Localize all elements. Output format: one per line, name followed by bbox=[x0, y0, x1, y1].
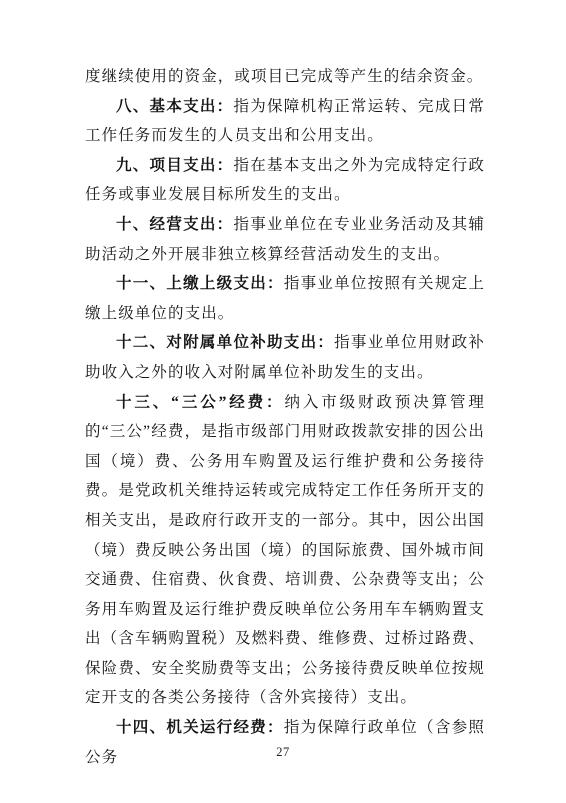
paragraph-heading: 十、经营支出： bbox=[116, 216, 233, 233]
document-page: 度继续使用的资金，或项目已完成等产生的结余资金。 八、基本支出：指为保障机构正常… bbox=[0, 0, 566, 803]
paragraph: 十三、“三公”经费：纳入市级财政预决算管理的“三公”经费，是指市级部门用财政拨款… bbox=[85, 388, 485, 714]
paragraph-heading: 十四、机关运行经费： bbox=[116, 719, 284, 736]
paragraph-heading: 十二、对附属单位补助支出： bbox=[116, 334, 334, 351]
paragraph: 十四、机关运行经费：指为保障行政单位（含参照公务 bbox=[85, 713, 485, 772]
paragraph: 十一、上缴上级支出：指事业单位按照有关规定上缴上级单位的支出。 bbox=[85, 269, 485, 328]
page-number: 27 bbox=[0, 745, 566, 760]
paragraph: 八、基本支出：指为保障机构正常运转、完成日常工作任务而发生的人员支出和公用支出。 bbox=[85, 92, 485, 151]
paragraph-body: 纳入市级财政预决算管理的“三公”经费，是指市级部门用财政拨款安排的因公出国（境）… bbox=[85, 394, 485, 707]
document-body: 度继续使用的资金，或项目已完成等产生的结余资金。 八、基本支出：指为保障机构正常… bbox=[85, 62, 485, 772]
paragraph-heading: 九、项目支出： bbox=[116, 157, 233, 174]
paragraph-body: 度继续使用的资金，或项目已完成等产生的结余资金。 bbox=[85, 68, 483, 85]
paragraph-heading: 八、基本支出： bbox=[116, 98, 233, 115]
paragraph: 十二、对附属单位补助支出：指事业单位用财政补助收入之外的收入对附属单位补助发生的… bbox=[85, 328, 485, 387]
paragraph: 度继续使用的资金，或项目已完成等产生的结余资金。 bbox=[85, 62, 485, 92]
paragraph: 九、项目支出：指在基本支出之外为完成特定行政任务或事业发展目标所发生的支出。 bbox=[85, 151, 485, 210]
paragraph: 十、经营支出：指事业单位在专业业务活动及其辅助活动之外开展非独立核算经营活动发生… bbox=[85, 210, 485, 269]
paragraph-heading: 十一、上缴上级支出： bbox=[116, 275, 284, 292]
paragraph-heading: 十三、“三公”经费： bbox=[116, 394, 284, 411]
